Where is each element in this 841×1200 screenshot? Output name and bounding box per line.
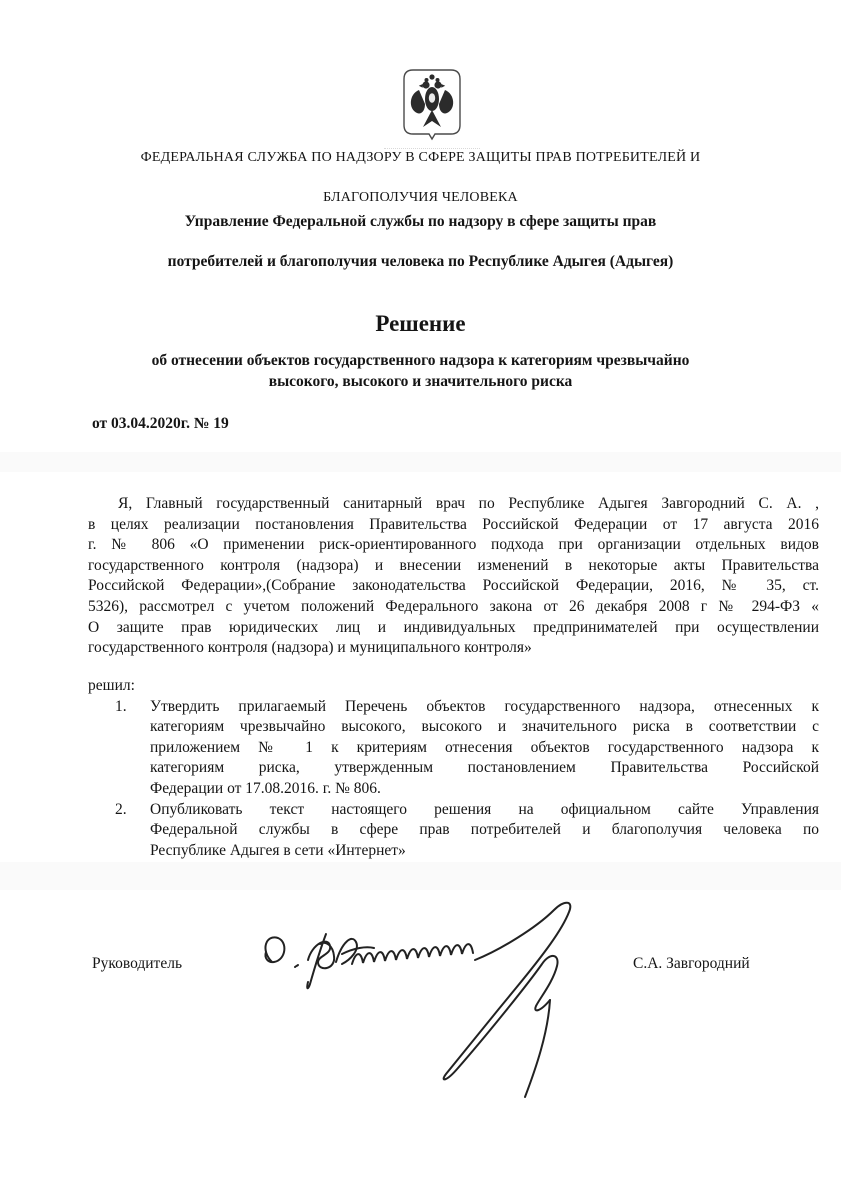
signature-name: С.А. Завгородний <box>633 955 750 973</box>
document-date-number: от 03.04.2020г. № 19 <box>92 415 229 433</box>
body-paragraph: Я, Главный государственный санитарный вр… <box>88 494 819 659</box>
scan-artifact-band <box>0 452 841 472</box>
list-item-line: 1.Утвердить прилагаемый Перечень объекто… <box>88 697 819 718</box>
body-line: г. № 806 «О применении риск-ориентирован… <box>88 535 819 556</box>
list-item-text: Опубликовать текст настоящего решения на… <box>150 801 819 818</box>
handwritten-signature <box>248 898 600 1103</box>
list-item: 1.Утвердить прилагаемый Перечень объекто… <box>88 697 819 800</box>
body-line: государственного контроля (надзора) и му… <box>88 638 819 659</box>
document-subtitle-line-1: об отнесении объектов государственного н… <box>0 352 841 370</box>
scan-artifact-band <box>0 862 841 890</box>
list-item-line: Федеральной службы в сфере прав потребит… <box>88 820 819 841</box>
scan-artifact-dots <box>384 148 480 149</box>
coat-of-arms-icon <box>397 66 467 144</box>
list-item-number: 1. <box>115 697 127 718</box>
body-line: 5326), рассмотрел с учетом положений Фед… <box>88 597 819 618</box>
list-item: 2.Опубликовать текст настоящего решения … <box>88 800 819 862</box>
list-item-line: Федерации от 17.08.2016. г. № 806. <box>88 779 819 800</box>
resolution-block: решил: 1.Утвердить прилагаемый Перечень … <box>88 676 819 861</box>
document-title: Решение <box>0 311 841 337</box>
list-item-line: категориям риска, утвержденным постановл… <box>88 758 819 779</box>
list-item-line: приложением № 1 к критериям отнесения об… <box>88 738 819 759</box>
body-line: Российской Федерации»,(Собрание законода… <box>88 576 819 597</box>
list-item-line: категориям чрезвычайно высокого, высоког… <box>88 717 819 738</box>
body-line: в целях реализации постановления Правите… <box>88 515 819 536</box>
list-item-text: Утвердить прилагаемый Перечень объектов … <box>150 698 819 715</box>
document-page: ФЕДЕРАЛЬНАЯ СЛУЖБА ПО НАДЗОРУ В СФЕРЕ ЗА… <box>0 0 841 1200</box>
header-line-2: БЛАГОПОЛУЧИЯ ЧЕЛОВЕКА <box>0 190 841 206</box>
body-line: Я, Главный государственный санитарный вр… <box>88 494 819 515</box>
body-line: О защите прав юридических лиц и индивиду… <box>88 618 819 639</box>
body-line: государственного контроля (надзора) и вн… <box>88 556 819 577</box>
resolved-label: решил: <box>88 676 819 697</box>
list-item-line: Республике Адыгея в сети «Интернет» <box>88 841 819 862</box>
org-name-line-1: Управление Федеральной службы по надзору… <box>0 213 841 231</box>
org-name-line-2: потребителей и благополучия человека по … <box>0 253 841 271</box>
list-item-number: 2. <box>115 800 127 821</box>
document-subtitle-line-2: высокого, высокого и значительного риска <box>0 373 841 391</box>
signature-position-label: Руководитель <box>92 955 182 973</box>
list-item-line: 2.Опубликовать текст настоящего решения … <box>88 800 819 821</box>
header-line-1: ФЕДЕРАЛЬНАЯ СЛУЖБА ПО НАДЗОРУ В СФЕРЕ ЗА… <box>0 150 841 166</box>
